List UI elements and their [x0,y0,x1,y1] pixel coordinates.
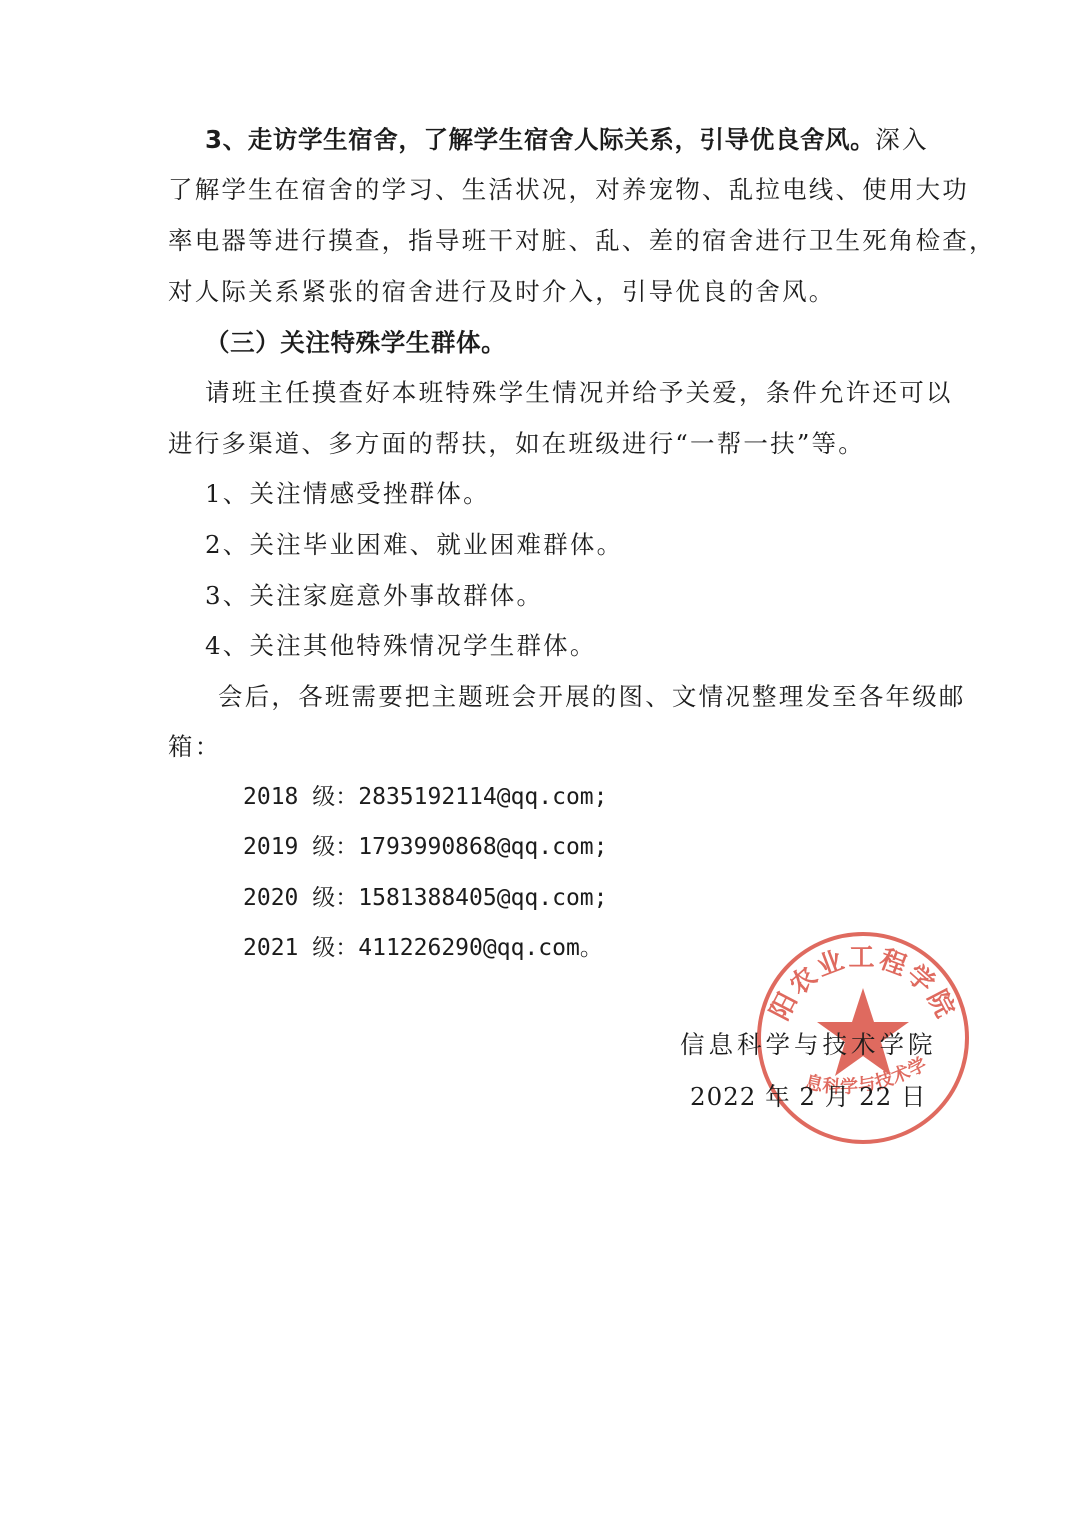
list-item: 2、关注毕业困难、就业困难群体。 [205,530,965,560]
email-address[interactable]: 1793990868@qq.com [358,834,593,860]
email-row-2018: 2018 级：2835192114@qq.com; [243,782,1003,812]
email-row-2019: 2019 级：1793990868@qq.com; [243,832,1003,862]
email-address[interactable]: 2835192114@qq.com [358,784,593,810]
email-address[interactable]: 411226290@qq.com [358,935,580,961]
email-address[interactable]: 1581388405@qq.com [358,885,593,911]
para3-line3: 率电器等进行摸查，指导班干对脏、乱、差的宿舍进行卫生死角检查， [168,226,928,256]
closing-line2: 箱： [168,732,928,762]
para3-line4: 对人际关系紧张的宿舍进行及时介入，引导优良的舍风。 [168,277,928,307]
section3-intro-line2: 进行多渠道、多方面的帮扶，如在班级进行“一帮一扶”等。 [168,429,928,459]
signature-date: 2022 年 2 月 22 日 [690,1082,927,1112]
closing-line1: 会后，各班需要把主题班会开展的图、文情况整理发至各年级邮 [218,682,978,712]
email-row-2020: 2020 级：1581388405@qq.com; [243,883,1003,913]
list-item: 3、关注家庭意外事故群体。 [205,581,965,611]
section3-intro-line1: 请班主任摸查好本班特殊学生情况并给予关爱，条件允许还可以 [205,378,928,408]
signature-org: 信息科学与技术学院 [680,1030,937,1060]
list-item: 4、关注其他特殊情况学生群体。 [205,631,965,661]
para3-line1-tail: 深入 [875,125,928,154]
document-page: 3、走访学生宿舍，了解学生宿舍人际关系，引导优良舍风。深入 了解学生在宿舍的学习… [0,0,1086,1536]
section3-heading: （三）关注特殊学生群体。 [205,328,965,358]
para3-line1: 3、走访学生宿舍，了解学生宿舍人际关系，引导优良舍风。深入 [168,125,928,155]
para3-heading: 3、走访学生宿舍，了解学生宿舍人际关系，引导优良舍风。 [205,125,875,154]
list-item: 1、关注情感受挫群体。 [205,479,965,509]
para3-line2: 了解学生在宿舍的学习、生活状况，对养宠物、乱拉电线、使用大功 [168,175,928,205]
